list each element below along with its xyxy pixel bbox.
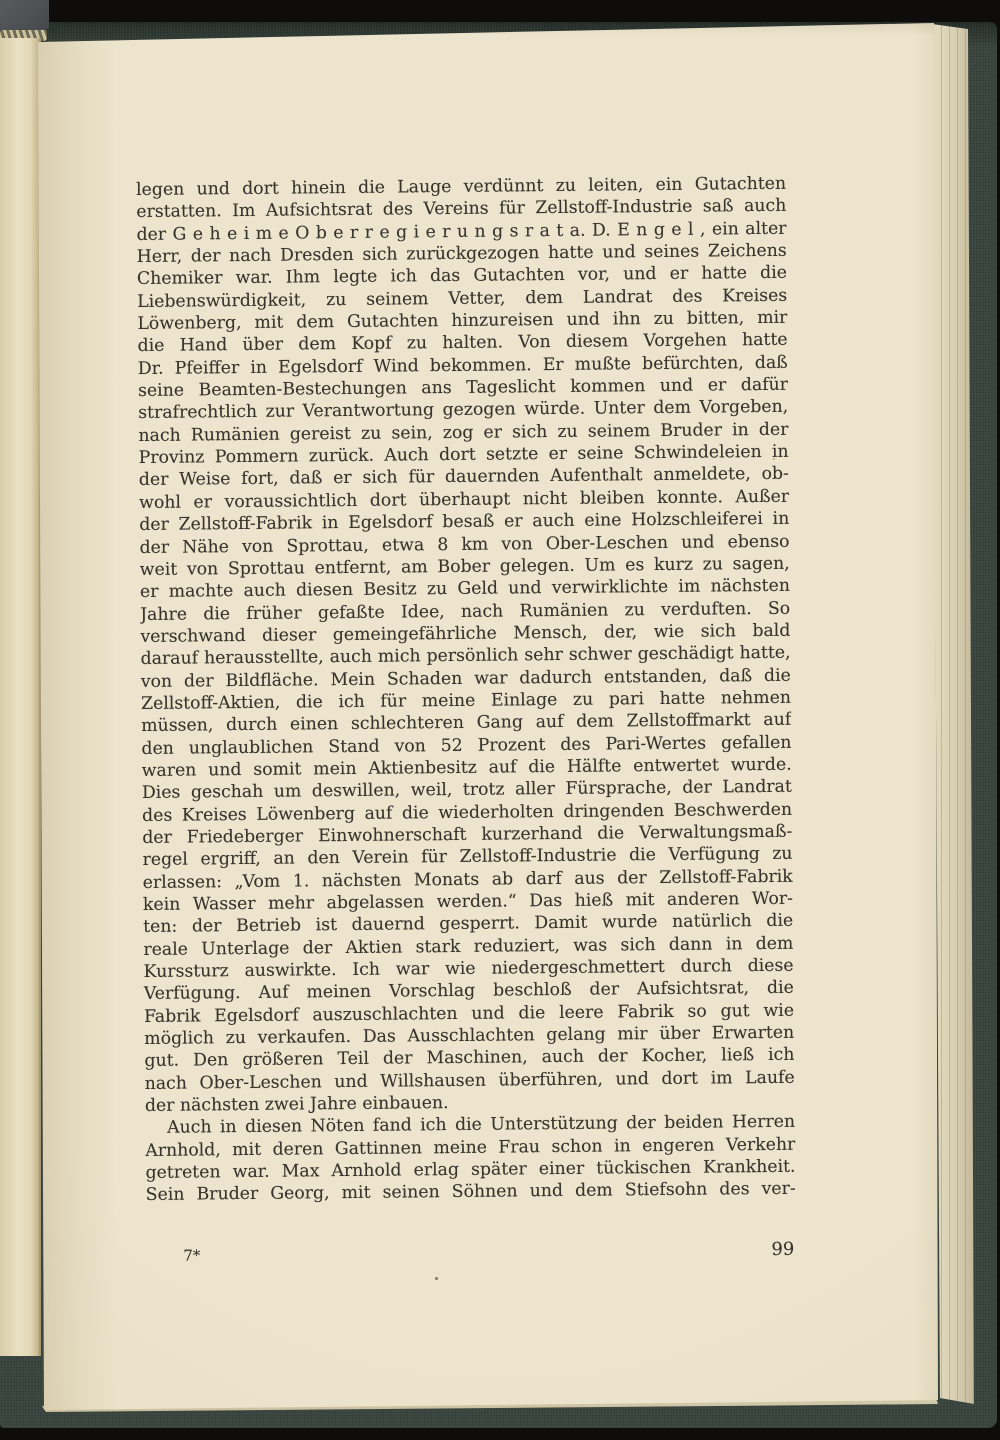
paragraph-2: Auch in diesen Nöten fand ich die Unters… <box>145 1111 796 1207</box>
page-text-block: legen und dort hinein die Lauge verdünnt… <box>136 173 796 1267</box>
scanned-book-photo: legen und dort hinein die Lauge verdünnt… <box>0 0 1000 1440</box>
gutter-page-curve <box>0 38 41 1356</box>
page-number: 99 <box>771 1239 794 1262</box>
paragraph-1: legen und dort hinein die Lauge verdünnt… <box>136 173 795 1118</box>
signature-mark: 7* <box>183 1244 200 1267</box>
paper-speck <box>435 1277 438 1280</box>
cover-corner-patch <box>0 0 49 30</box>
